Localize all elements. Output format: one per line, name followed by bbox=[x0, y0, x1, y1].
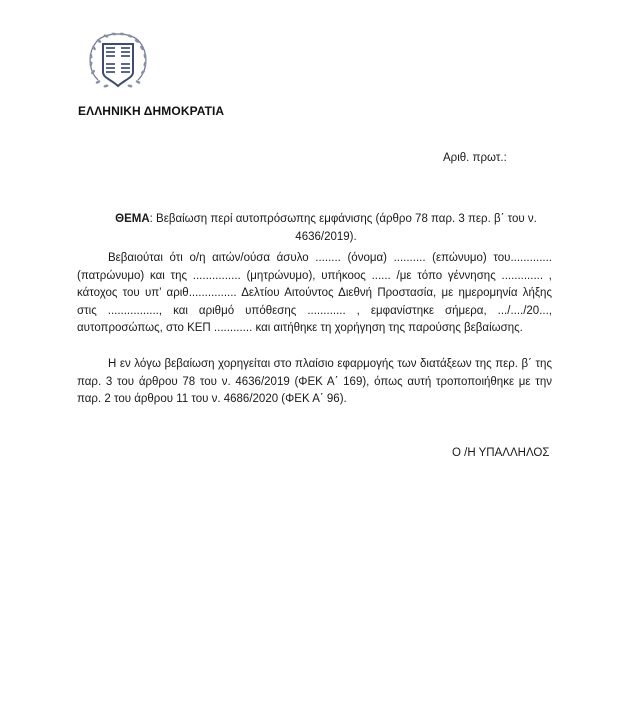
greek-coat-of-arms-icon bbox=[84, 28, 152, 96]
document-page: ΕΛΛΗΝΙΚΗ ΔΗΜΟΚΡΑΤΙΑ Αριθ. πρωτ.: ΘΕΜΑ: Β… bbox=[0, 0, 628, 710]
subject-label: ΘΕΜΑ bbox=[115, 213, 150, 225]
signature-label: Ο /Η ΥΠΑΛΛΗΛΟΣ bbox=[452, 447, 549, 459]
subject-line: ΘΕΜΑ: Βεβαίωση περί αυτοπρόσωπης εμφάνισ… bbox=[100, 210, 552, 246]
protocol-number-label: Αριθ. πρωτ.: bbox=[443, 152, 507, 164]
subject-text: : Βεβαίωση περί αυτοπρόσωπης εμφάνισης (… bbox=[150, 213, 537, 243]
organization-name: ΕΛΛΗΝΙΚΗ ΔΗΜΟΚΡΑΤΙΑ bbox=[78, 104, 224, 118]
certification-paragraph: Βεβαιούται ότι ο/η αιτών/ούσα άσυλο ....… bbox=[77, 250, 552, 338]
legal-basis-paragraph: Η εν λόγω βεβαίωση χορηγείται στο πλαίσι… bbox=[77, 356, 552, 409]
